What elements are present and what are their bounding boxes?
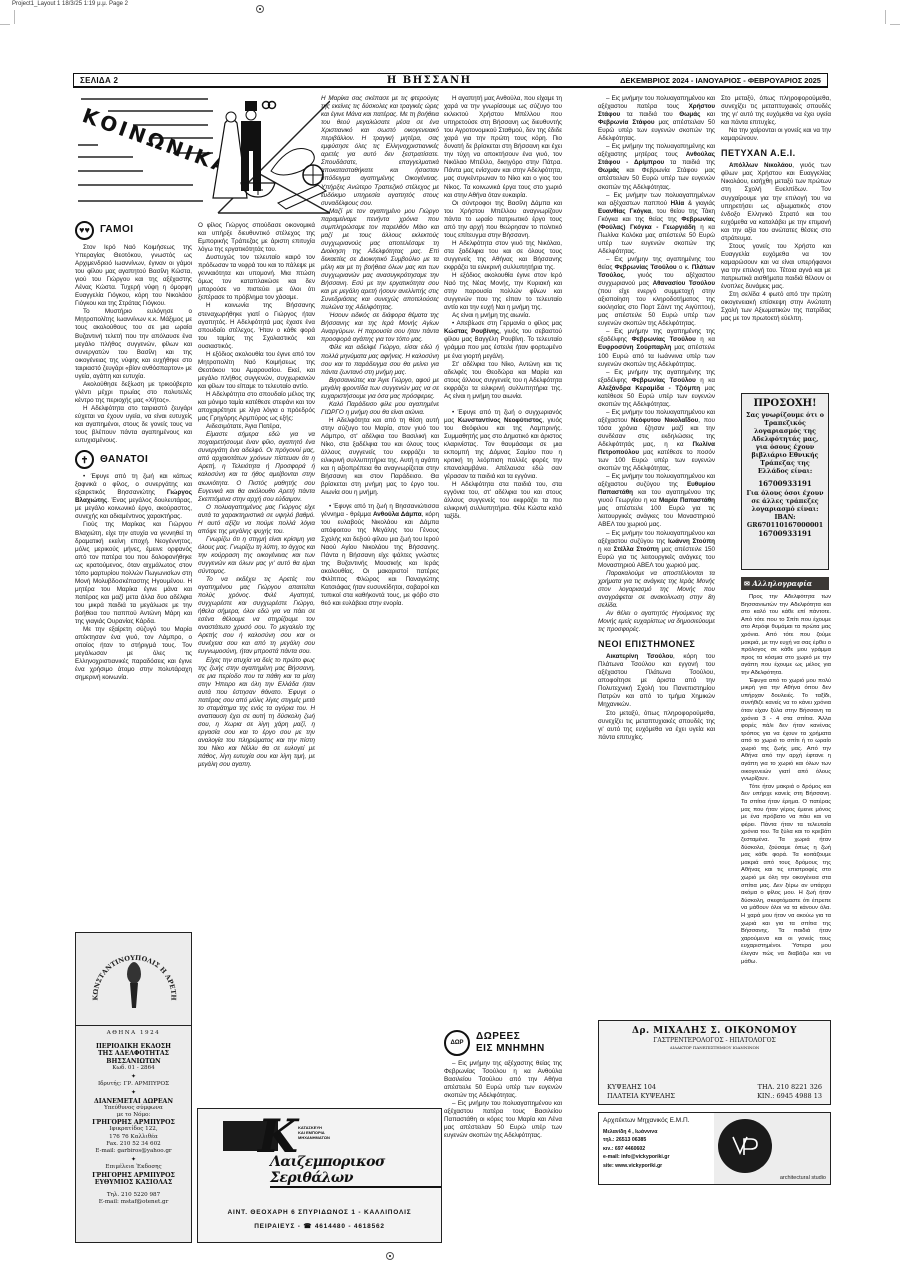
doctor-advertisement: Δρ. ΜΙΧΑΛΗΣ Σ. ΟΙΚΟΝΟΜΟΥ ΓΑΣΤΡΕΝΤΕΡΟΛΟΓΟ… [598, 1020, 831, 1105]
page-label: ΣΕΛΙΔΑ 2 [80, 76, 118, 85]
machinery-advertisement: Κ ΚΑΤΑΣΚΕΥΗ ΚΑΙ ΕΜΠΟΡΙΑ ΜΗΧΑΝΗΜΑΤΩΝ Λαιζ… [197, 1108, 442, 1243]
weddings-heading: ♥♥ ΓΑΜΟΙ [75, 221, 192, 240]
publication-email-link[interactable]: E-mail: garbiros@yahoo.gr [76, 1148, 191, 1155]
mail-icon: ✉ [744, 579, 750, 588]
weddings-paragraph: Ακολούθησε δεξίωση με τρικούβερτο γλέντι… [75, 381, 192, 405]
obituary-paragraph: Με την εξαίρετη σύζυγό του Μαρία απέκτησ… [75, 626, 192, 682]
social-banner-illustration-icon: ΚΟΙΝΩΝΙΚΑ [73, 93, 330, 218]
eulogy-paragraph: Είχες την ατυχία να δείς το πρώτο φως τη… [198, 657, 315, 770]
donation-item: – Εις μνήμην του πολυαγαπημένου και αξέχ… [598, 409, 715, 473]
column-1: ♥♥ ΓΑΜΟΙ Στον Ιερό Ναό Κοιμήσεως της Υπε… [75, 216, 192, 682]
eulogy-paragraph: Είμαστε σήμερα εδώ για να ποχαιρετήσουμε… [198, 431, 315, 503]
correspondence-heading: ✉ Αλληλογραφία [741, 577, 829, 590]
vp-logo-icon [718, 1119, 772, 1173]
eulogy-paragraph: Το να εκδέχει τις Αρετές του αγαπημένου … [198, 576, 315, 656]
weddings-paragraph: Στον Ιερό Ναό Κοιμήσεως της Υπεραγίας Θε… [75, 244, 192, 308]
architect-advertisement: Αρχιτέκτων Μηχανικός Ε.Μ.Π. Μελανίδη 4 ,… [598, 1112, 831, 1185]
eulogy-paragraph: Γνωρίζω ότι η στιγμή είναι κρίσιμη για ό… [198, 536, 315, 576]
donation-item: – Εις μνήμην του πολυαγαπημένου και αξέχ… [598, 530, 715, 570]
donation-item: – Εις μνήμην του πολυαγαπημένου και αξέχ… [598, 473, 715, 529]
cross-icon: ✝ [75, 450, 94, 469]
architect-website-link[interactable]: site: www.vickyporiki.gr [603, 1162, 705, 1171]
doctor-mobile: ΚΙΝ.: 6945 4988 13 [757, 1092, 822, 1101]
column-5: – Εις μνήμην του πολυαγαπημένου και αξέχ… [598, 95, 715, 1015]
obituary-paragraph: • Έφυγε από τη ζωή και κάπως ξαφνικά ο φ… [75, 473, 192, 521]
column-3: Η Μαρίκα σας σκέπασε με τις φτερούγες τη… [321, 95, 439, 1106]
registration-mark-icon [386, 1252, 394, 1260]
correspondence-column: Προς την Αδελφότητα των Βησσανιωτών την … [741, 594, 831, 1014]
donation-item: – Εις μνήμην του πολυαγαπημένου και αξέχ… [598, 95, 715, 143]
weddings-paragraph: Το Μυστήριο ευλόγησε ο Μητροπολίτης Ιωαν… [75, 308, 192, 380]
brotherhood-emblem: ΚΩΝΣΤΑΝΤΙΝΟΥΠΟΛΙΣ Η ΑΡΕΤΗ 1873 [75, 932, 192, 1027]
lucky-heading: ΠΕΤΥΧΑΝ Α.Ε.Ι. [721, 149, 831, 157]
editor-email-link[interactable]: E-mail: mstaf@otenet.gr [76, 1199, 191, 1206]
donation-item: – Εις μνήμην της αγαπημένης της εξαδέλφη… [598, 328, 715, 368]
column-6: Στο μεταξύ, όπως πληροφορούμεθα, συνεχίζ… [721, 95, 831, 390]
doctor-phone: ΤΗΛ. 210 8221 326 [757, 1083, 822, 1092]
torch-emblem-icon: ΚΩΝΣΤΑΝΤΙΝΟΥΠΟΛΙΣ Η ΑΡΕΤΗ 1873 [76, 933, 193, 1028]
obituary-paragraph: • Έφυγε από τη ζωή ο συγχωριανός μας Κων… [444, 409, 562, 481]
publication-info-box: ΑΘΗΝΑ 1924 ΠΕΡΙΟΔΙΚΗ ΕΚΔΟΣΗ ΤΗΣ ΑΔΕΛΦΟΤΗ… [75, 1025, 192, 1243]
deaths-heading: ✝ ΘΑΝΑΤΟΙ [75, 450, 192, 469]
svg-text:ΚΩΝΣΤΑΝΤΙΝΟΥΠΟΛΙΣ Η ΑΡΕΤΗ 1873: ΚΩΝΣΤΑΝΤΙΝΟΥΠΟΛΙΣ Η ΑΡΕΤΗ 1873 [76, 933, 178, 1004]
svg-text:ΚΟΙΝΩΝΙΚΑ: ΚΟΙΝΩΝΙΚΑ [79, 103, 234, 179]
new-scientists-heading: ΝΕΟΙ ΕΠΙΣΤΗΜΟΝΕΣ [598, 640, 715, 648]
page-header: ΣΕΛΙΔΑ 2 Η ΒΗΣΣΑΝΗ ΔΕΚΕΜΒΡΙΟΣ 2024 - ΙΑΝ… [73, 73, 828, 88]
donations-heading: ΔΩΡ ΔΩΡΕΕΣΕΙΣ ΜΝΗΜΗΝ [444, 1030, 562, 1056]
registration-mark-icon [256, 5, 264, 13]
hearts-icon: ♥♥ [75, 221, 94, 240]
column-2: Ο φίλος Γιώργος σπούδασε οικονομικά και … [198, 222, 315, 1106]
bank-account-number: 16700933191 [745, 480, 825, 488]
crop-mark [14, 10, 15, 24]
eulogy-paragraph: Ο πολυαγαπημένος μας Γιώργος είχε αυτά τ… [198, 504, 315, 536]
newspaper-title: Η ΒΗΣΣΑΝΗ [387, 75, 472, 86]
print-slug: Project1_Layout 1 18/3/25 1:19 μ.μ. Page… [12, 1, 128, 7]
donation-item: – Εις μνήμην της αγαπημένης της εξαδέλφη… [598, 369, 715, 409]
obituary-paragraph: Γιούς της Μαρίκας και Γιώργου Βλαχιώτη, … [75, 521, 192, 626]
crop-mark [885, 10, 886, 24]
donation-item: – Εις μνήμην των πολυαγαπημένων και αξέχ… [598, 192, 715, 256]
attention-box: ΠΡΟΣΟΧΗ! Σας γνωρίζουμε ότι ο Τραπεζικός… [741, 393, 829, 570]
issue-date: ΔΕΚΕΜΒΡΙΟΣ 2024 - ΙΑΝΟΥΑΡΙΟΣ - ΦΕΒΡΟΥΑΡΙ… [620, 76, 821, 85]
machinery-brand-name: Λαιζεμπορικοσ Σεριθάλων [270, 1154, 441, 1188]
donation-seal-icon: ΔΩΡ [444, 1030, 470, 1056]
crop-mark [0, 24, 10, 25]
architect-email-link[interactable]: e-mail: info@vickyporiki.gr [603, 1153, 705, 1162]
crop-mark [890, 24, 900, 25]
column-4: Η αγαπητή μας Ανθούλα, που είχαμε τη χαρ… [444, 95, 562, 995]
social-banner: ΚΟΙΝΩΝΙΚΑ [73, 93, 330, 218]
donation-item: – Εις μνήμην της αγαπημένης του θείας Φε… [598, 256, 715, 328]
donation-item: – Εις μνήμην της πολυαγαπημένης και αξέχ… [598, 143, 715, 191]
donations-section: ΔΩΡ ΔΩΡΕΕΣΕΙΣ ΜΝΗΜΗΝ – Εις μνήμην της αξ… [444, 1030, 562, 1245]
weddings-paragraph: Η Αδελφότητα στο ταιριαστό ζευγάρι εύχετ… [75, 405, 192, 445]
obituary-paragraph: • Απεβίωσε στη Γερμανία ο φίλος μας Κώστ… [444, 320, 562, 360]
obituary-paragraph: • Έφυγε από τη ζωή η Βησσανιώτισσα γέννη… [321, 503, 439, 608]
